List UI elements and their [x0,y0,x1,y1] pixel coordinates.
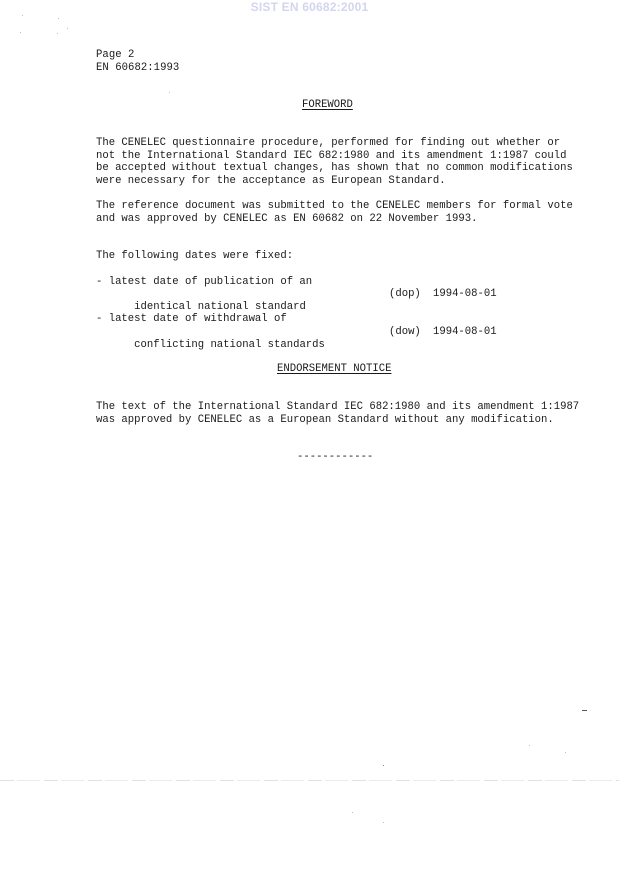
scan-speck [383,765,384,766]
scan-speck [529,745,530,746]
date-value: 1994-08-01 [433,288,497,301]
scan-speck [67,28,68,29]
scan-speck [20,32,21,33]
text-line: be accepted without textual changes, has… [96,162,573,175]
text-line: not the International Standard IEC 682:1… [96,150,566,163]
text-line: The reference document was submitted to … [96,200,573,213]
scan-speck [22,15,23,16]
date-abbreviation: (dow) [389,326,421,339]
watermark: SIST EN 60682:2001 [0,0,619,14]
foreword-heading: FOREWORD [302,99,353,112]
text-line: were necessary for the acceptance as Eur… [96,175,446,188]
end-rule: ------------ [297,451,373,464]
date-row: conflicting national standards (dow) 199… [96,326,516,339]
date-row: identical national standard (dop) 1994-0… [96,288,516,301]
scan-speck [383,822,384,823]
endorsement-heading: ENDORSEMENT NOTICE [277,363,391,376]
date-label-line: - latest date of publication of an [96,276,312,289]
date-label-line: identical national standard [121,301,305,313]
scan-speck [582,710,587,711]
date-value: 1994-08-01 [433,326,497,339]
date-abbreviation: (dop) [389,288,421,301]
scan-speck [57,33,58,34]
scan-speck [169,92,170,93]
text-line: The CENELEC questionnaire procedure, per… [96,137,560,150]
text-line: and was approved by CENELEC as EN 60682 … [96,213,477,226]
scan-artifact-line [0,780,619,781]
date-label-line: - latest date of withdrawal of [96,313,287,326]
dates-intro: The following dates were fixed: [96,250,293,263]
scan-speck [352,812,353,813]
scan-speck [565,752,566,753]
text-line: The text of the International Standard I… [96,401,579,414]
scan-speck [58,18,59,19]
page-number: Page 2 [96,49,134,62]
document-id: EN 60682:1993 [96,62,179,75]
text-line: was approved by CENELEC as a European St… [96,414,554,427]
date-label-line: conflicting national standards [121,339,324,351]
